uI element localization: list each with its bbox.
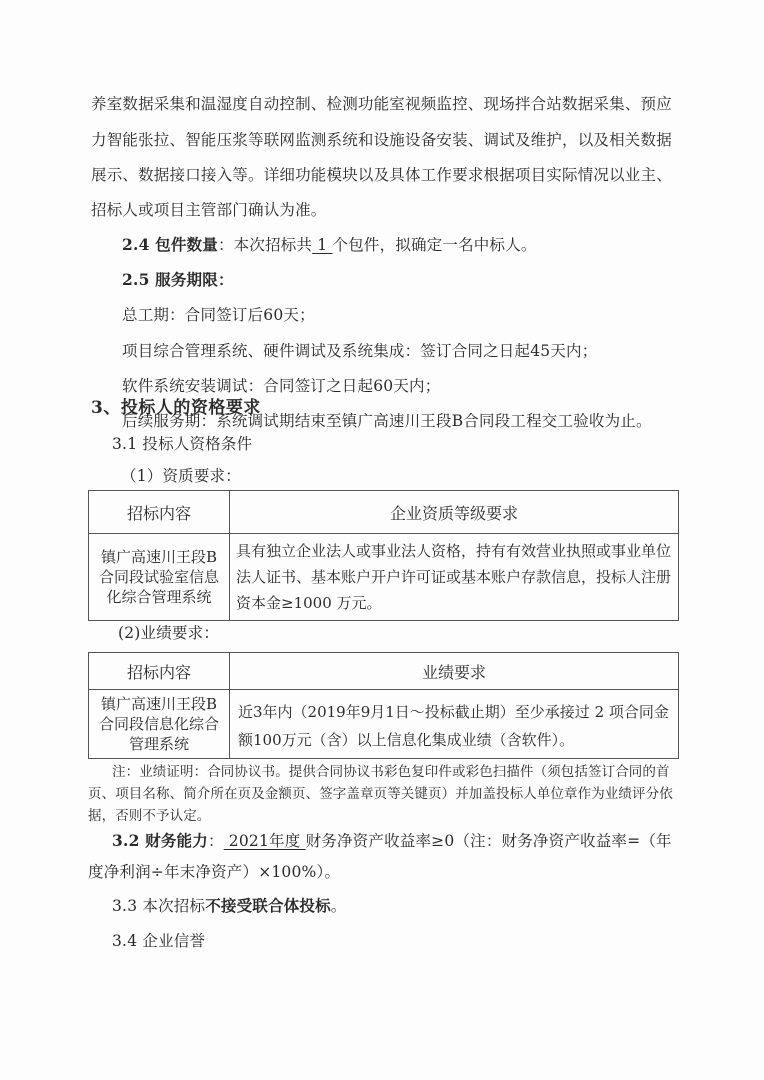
section-3-2-label: 3.2 财务能力 (112, 831, 208, 850)
table-row: 镇广高速川王段B 合同段试验室信息 化综合管理系统 具有独立企业法人或事业法人资… (89, 534, 679, 621)
intro-line-4: 招标人或项目主管部门确认为准。 (91, 200, 327, 220)
section-3-1: 3.1 投标人资格条件 (112, 434, 252, 454)
intro-line-3: 展示、数据接口接入等。详细功能模块以及具体工作要求根据项目实际情况以业主、 (91, 165, 672, 185)
intro-line-2: 力智能张拉、智能压浆等联网监测系统和设施设备安装、调试及维护，以及相关数据 (91, 130, 672, 150)
requirement-cell: 具有独立企业法人或事业法人资格，持有有效营业执照或事业单位法人证书、基本账户开户… (230, 534, 679, 621)
table-header-cell: 招标内容 (89, 491, 230, 534)
qualification-table: 招标内容 企业资质等级要求 镇广高速川王段B 合同段试验室信息 化综合管理系统 … (88, 490, 679, 621)
section-3-3-end: 。 (331, 897, 347, 915)
section-2-4-pre: ：本次招标共 (218, 236, 312, 254)
qualification-label: （1）资质要求： (121, 466, 241, 486)
section-3-2: 3.2 财务能力： 2021年度 财务净资产收益率≥0（注：财务净资产收益率=（… (112, 831, 672, 851)
package-count: 1 (312, 236, 332, 254)
requirement-cell: 近3年内（2019年9月1日～投标截止期）至少承接过 2 项合同金额100万元（… (230, 690, 679, 759)
service-period-item: 总工期：合同签订后60天； (122, 305, 315, 325)
performance-table: 招标内容 业绩要求 镇广高速川王段B 合同段信息化综合 管理系统 近3年内（20… (88, 652, 679, 759)
section-2-4: 2.4 包件数量：本次招标共 1 个包件，拟确定一名中标人。 (122, 235, 537, 255)
table-header-cell: 招标内容 (89, 653, 230, 690)
tender-content-line: 化综合管理系统 (93, 587, 225, 607)
table-row: 镇广高速川王段B 合同段信息化综合 管理系统 近3年内（2019年9月1日～投标… (89, 690, 679, 759)
note-line-1: 注：业绩证明：合同协议书。提供合同协议书彩色复印件或彩色扫描件（须包括签订合同的… (112, 761, 670, 783)
table-header-cell: 企业资质等级要求 (230, 491, 679, 534)
table-header-row: 招标内容 企业资质等级要求 (89, 491, 679, 534)
section-3-2-text: 财务净资产收益率≥0（注：财务净资产收益率=（年 (306, 832, 672, 850)
table-header-row: 招标内容 业绩要求 (89, 653, 679, 690)
document-page: 养室数据采集和温湿度自动控制、检测功能室视频监控、现场拌合站数据采集、预应 力智… (0, 0, 764, 1080)
tender-content-line: 合同段试验室信息 (93, 567, 225, 587)
note-line-2: 页、项目名称、简介所在页及金额页、签字盖章页等关键页）并加盖投标人单位章作为业绩… (88, 783, 673, 805)
tender-content-line: 管理系统 (93, 734, 225, 754)
tender-content-cell: 镇广高速川王段B 合同段信息化综合 管理系统 (89, 690, 230, 759)
note-line-3: 据，否则不予认定。 (88, 805, 210, 827)
section-3-3-num: 3.3 本次招标 (112, 897, 205, 915)
colon: ： (208, 832, 224, 850)
service-period-item: 项目综合管理系统、硬件调试及系统集成：签订合同之日起45天内； (122, 341, 597, 361)
section-3-3-bold: 不接受联合体投标 (205, 896, 331, 915)
tender-content-line: 镇广高速川王段B (93, 694, 225, 714)
section-2-4-label: 2.4 包件数量 (122, 235, 218, 254)
tender-content-line: 镇广高速川王段B (93, 547, 225, 567)
section-3-2-cont: 度净利润÷年末净资产）×100%）。 (88, 862, 340, 882)
section-3-4: 3.4 企业信誉 (112, 931, 205, 951)
section-3-3: 3.3 本次招标不接受联合体投标。 (112, 896, 347, 916)
tender-content-cell: 镇广高速川王段B 合同段试验室信息 化综合管理系统 (89, 534, 230, 621)
section-2-5-heading: 2.5 服务期限： (122, 270, 234, 290)
tender-content-line: 合同段信息化综合 (93, 714, 225, 734)
intro-line-1: 养室数据采集和温湿度自动控制、检测功能室视频监控、现场拌合站数据采集、预应 (91, 94, 672, 114)
table-header-cell: 业绩要求 (230, 653, 679, 690)
service-period-item: 软件系统安装调试：合同签订之日起60天内； (122, 376, 440, 396)
performance-label: (2)业绩要求： (118, 623, 219, 643)
section-3-title: 3、投标人的资格要求 (91, 398, 261, 418)
fiscal-year: 2021年度 (224, 832, 306, 850)
section-2-4-post: 个包件，拟确定一名中标人。 (333, 236, 537, 254)
